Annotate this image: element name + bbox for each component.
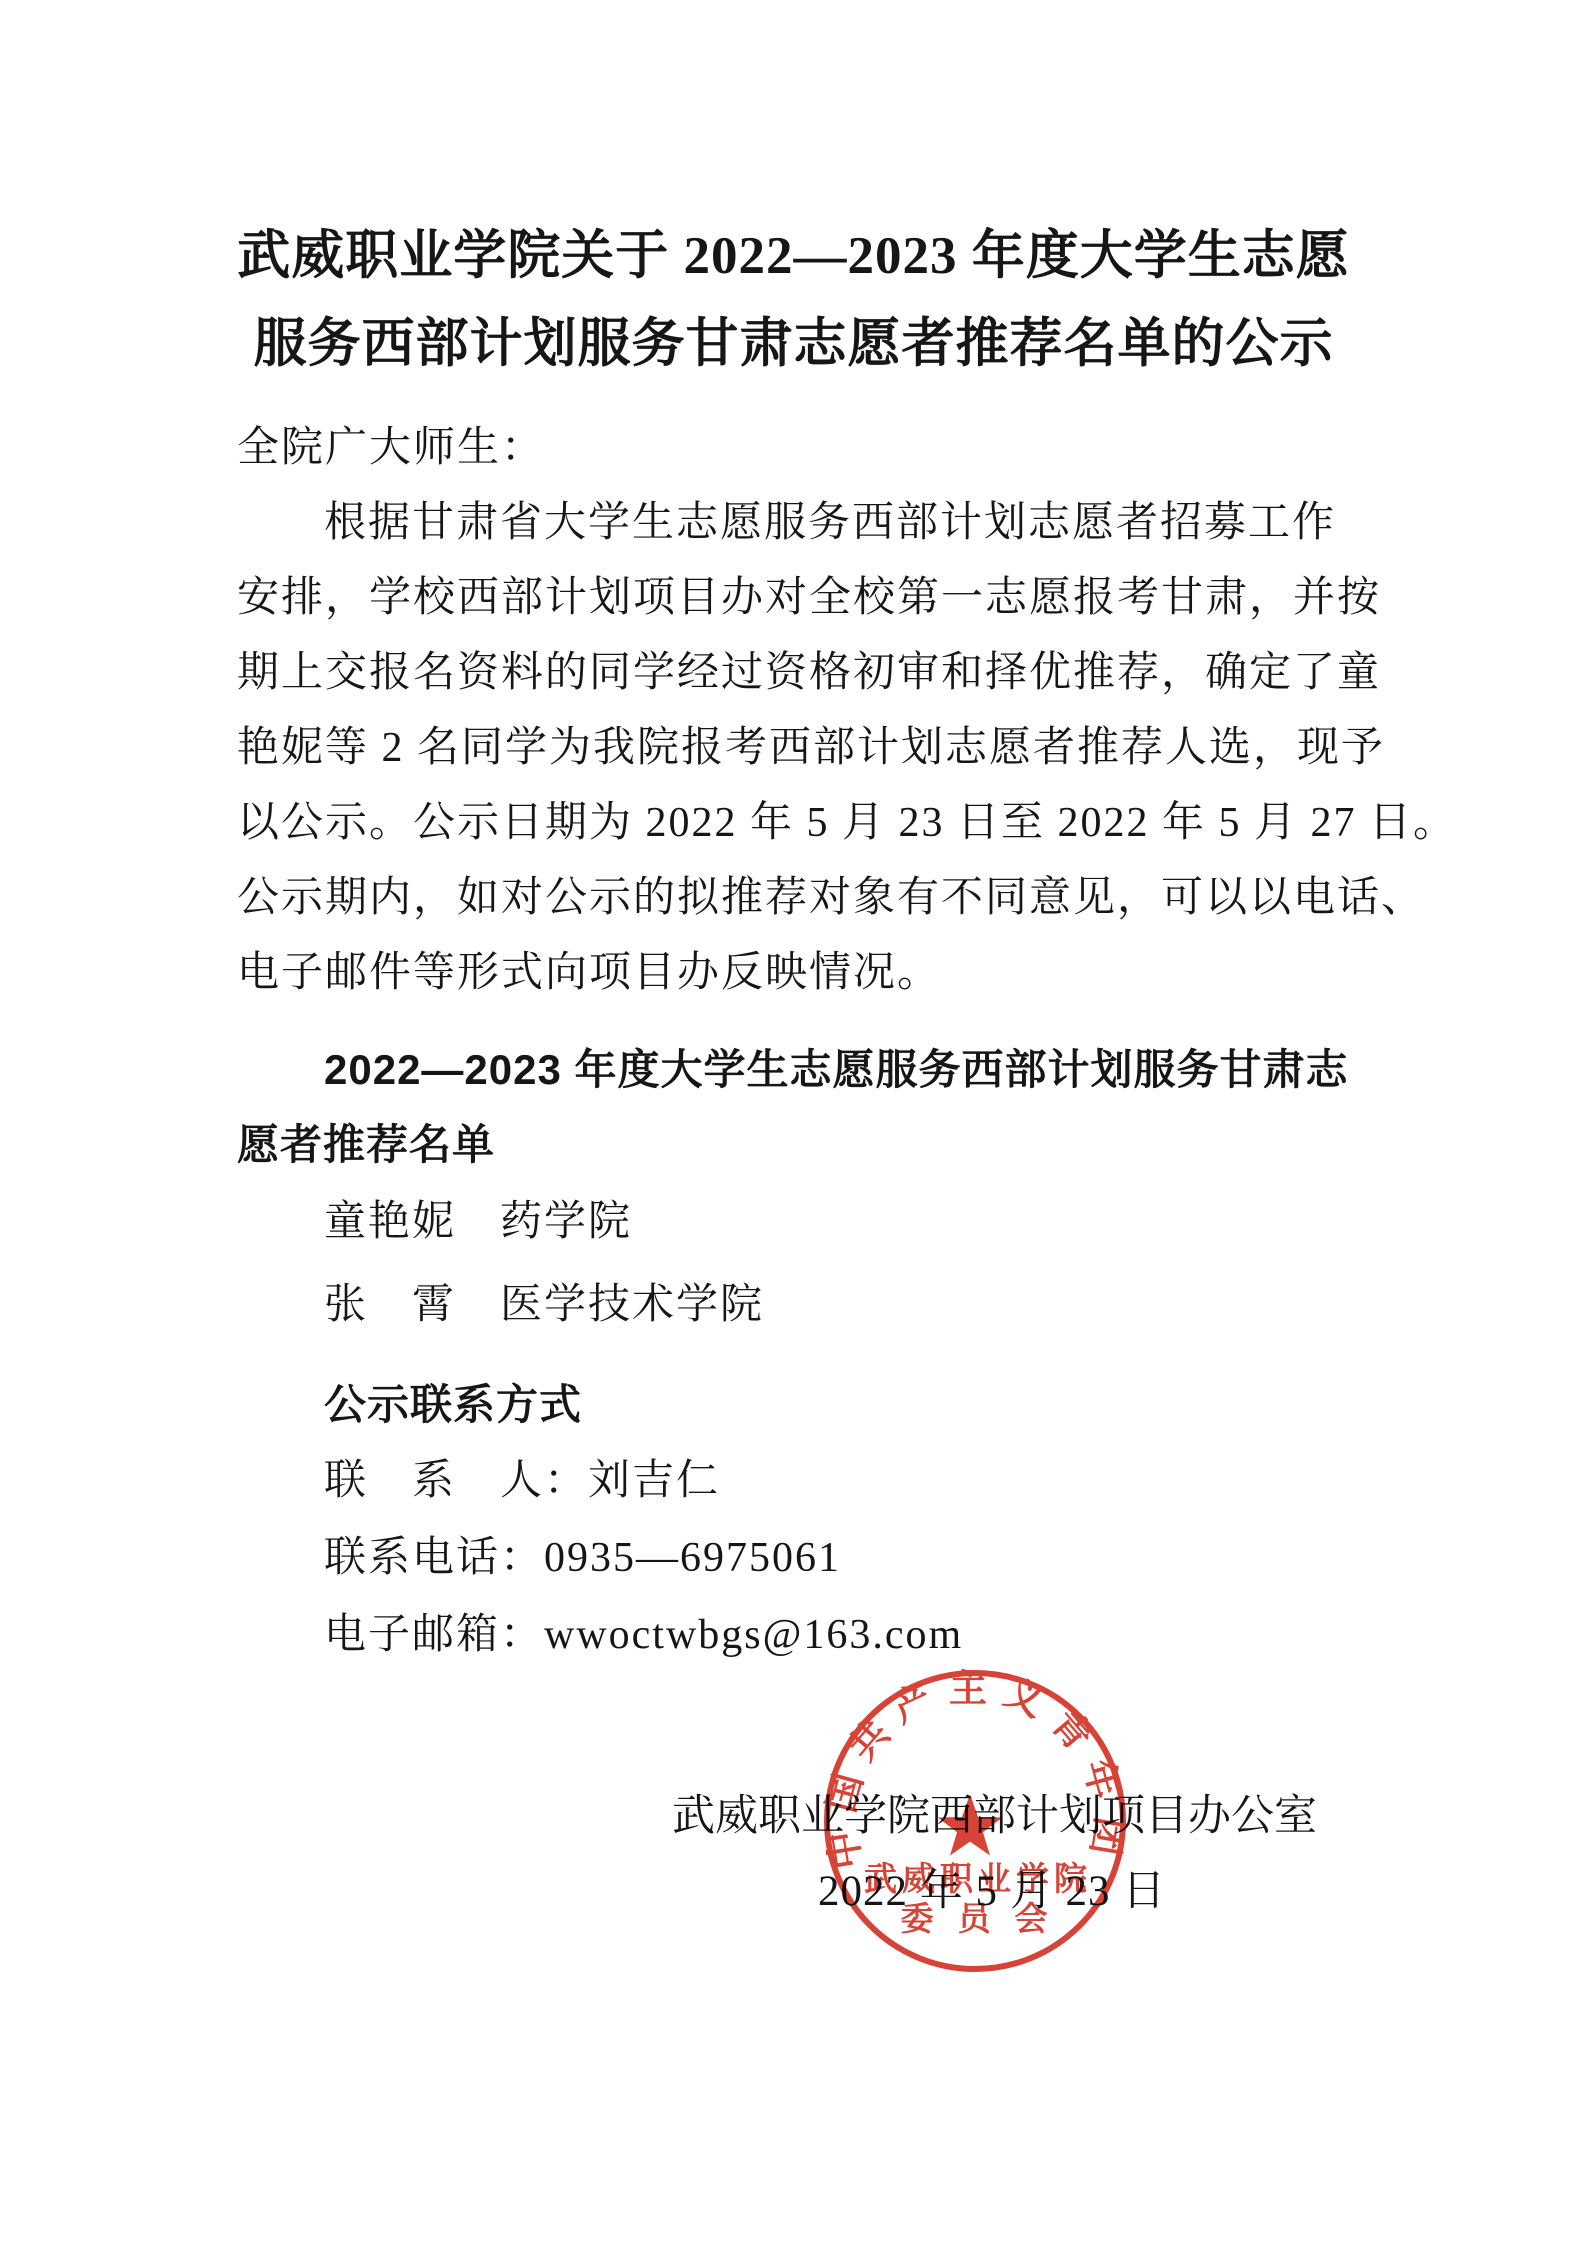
document-title: 武威职业学院关于 2022—2023 年度大学生志愿 服务西部计划服务甘肃志愿者… (0, 212, 1587, 388)
announcement-document: 武威职业学院关于 2022—2023 年度大学生志愿 服务西部计划服务甘肃志愿者… (0, 0, 1587, 2245)
paragraph-line: 电子邮件等形式向项目办反映情况。 (237, 936, 1377, 1011)
volunteer-college: 医学技术学院 (500, 1264, 764, 1347)
recommend-list-heading: 2022—2023 年度大学生志愿服务西部计划服务甘肃志 愿者推荐名单 (237, 1032, 1377, 1182)
signature-org: 武威职业学院西部计划项目办公室 (672, 1782, 1317, 1843)
contact-heading: 公示联系方式 (237, 1366, 1377, 1443)
volunteer-name: 童艳妮 (324, 1181, 456, 1264)
document-title-line-1: 武威职业学院关于 2022—2023 年度大学生志愿 (0, 212, 1587, 300)
paragraph-line: 以公示。公示日期为 2022 年 5 月 23 日至 2022 年 5 月 27… (237, 786, 1377, 861)
contact-email-line: 电子邮箱：wwoctwbgs@163.com (237, 1597, 1377, 1674)
volunteer-name: 张 霄 (324, 1264, 456, 1347)
document-title-line-2: 服务西部计划服务甘肃志愿者推荐名单的公示 (0, 300, 1587, 388)
paragraph-line: 安排，学校西部计划项目办对全校第一志愿报考甘肃，并按 (237, 561, 1377, 636)
paragraph-line: 根据甘肃省大学生志愿服务西部计划志愿者招募工作 (237, 486, 1377, 561)
recommend-list-heading-line-1: 2022—2023 年度大学生志愿服务西部计划服务甘肃志 (237, 1032, 1377, 1107)
recommend-list-heading-line-2: 愿者推荐名单 (237, 1107, 1377, 1182)
recommended-list: 童艳妮 药学院 张 霄 医学技术学院 (237, 1181, 1377, 1347)
signature-date: 2022 年 5 月 23 日 (818, 1857, 1166, 1918)
paragraph-line: 公示期内，如对公示的拟推荐对象有不同意见，可以以电话、 (237, 861, 1377, 936)
salutation: 全院广大师生： (237, 411, 1377, 486)
body-text: 全院广大师生： 根据甘肃省大学生志愿服务西部计划志愿者招募工作 安排，学校西部计… (237, 411, 1377, 1011)
volunteer-college: 药学院 (500, 1181, 632, 1264)
contact-person-line: 联 系 人：刘吉仁 (237, 1443, 1377, 1520)
list-item: 童艳妮 药学院 (237, 1181, 1377, 1264)
paragraph-line: 期上交报名资料的同学经过资格初审和择优推荐，确定了童 (237, 636, 1377, 711)
contact-phone-line: 联系电话：0935—6975061 (237, 1520, 1377, 1597)
list-item: 张 霄 医学技术学院 (237, 1264, 1377, 1347)
paragraph-line: 艳妮等 2 名同学为我院报考西部计划志愿者推荐人选，现予 (237, 711, 1377, 786)
contact-section: 公示联系方式 联 系 人：刘吉仁 联系电话：0935—6975061 电子邮箱：… (237, 1366, 1377, 1674)
